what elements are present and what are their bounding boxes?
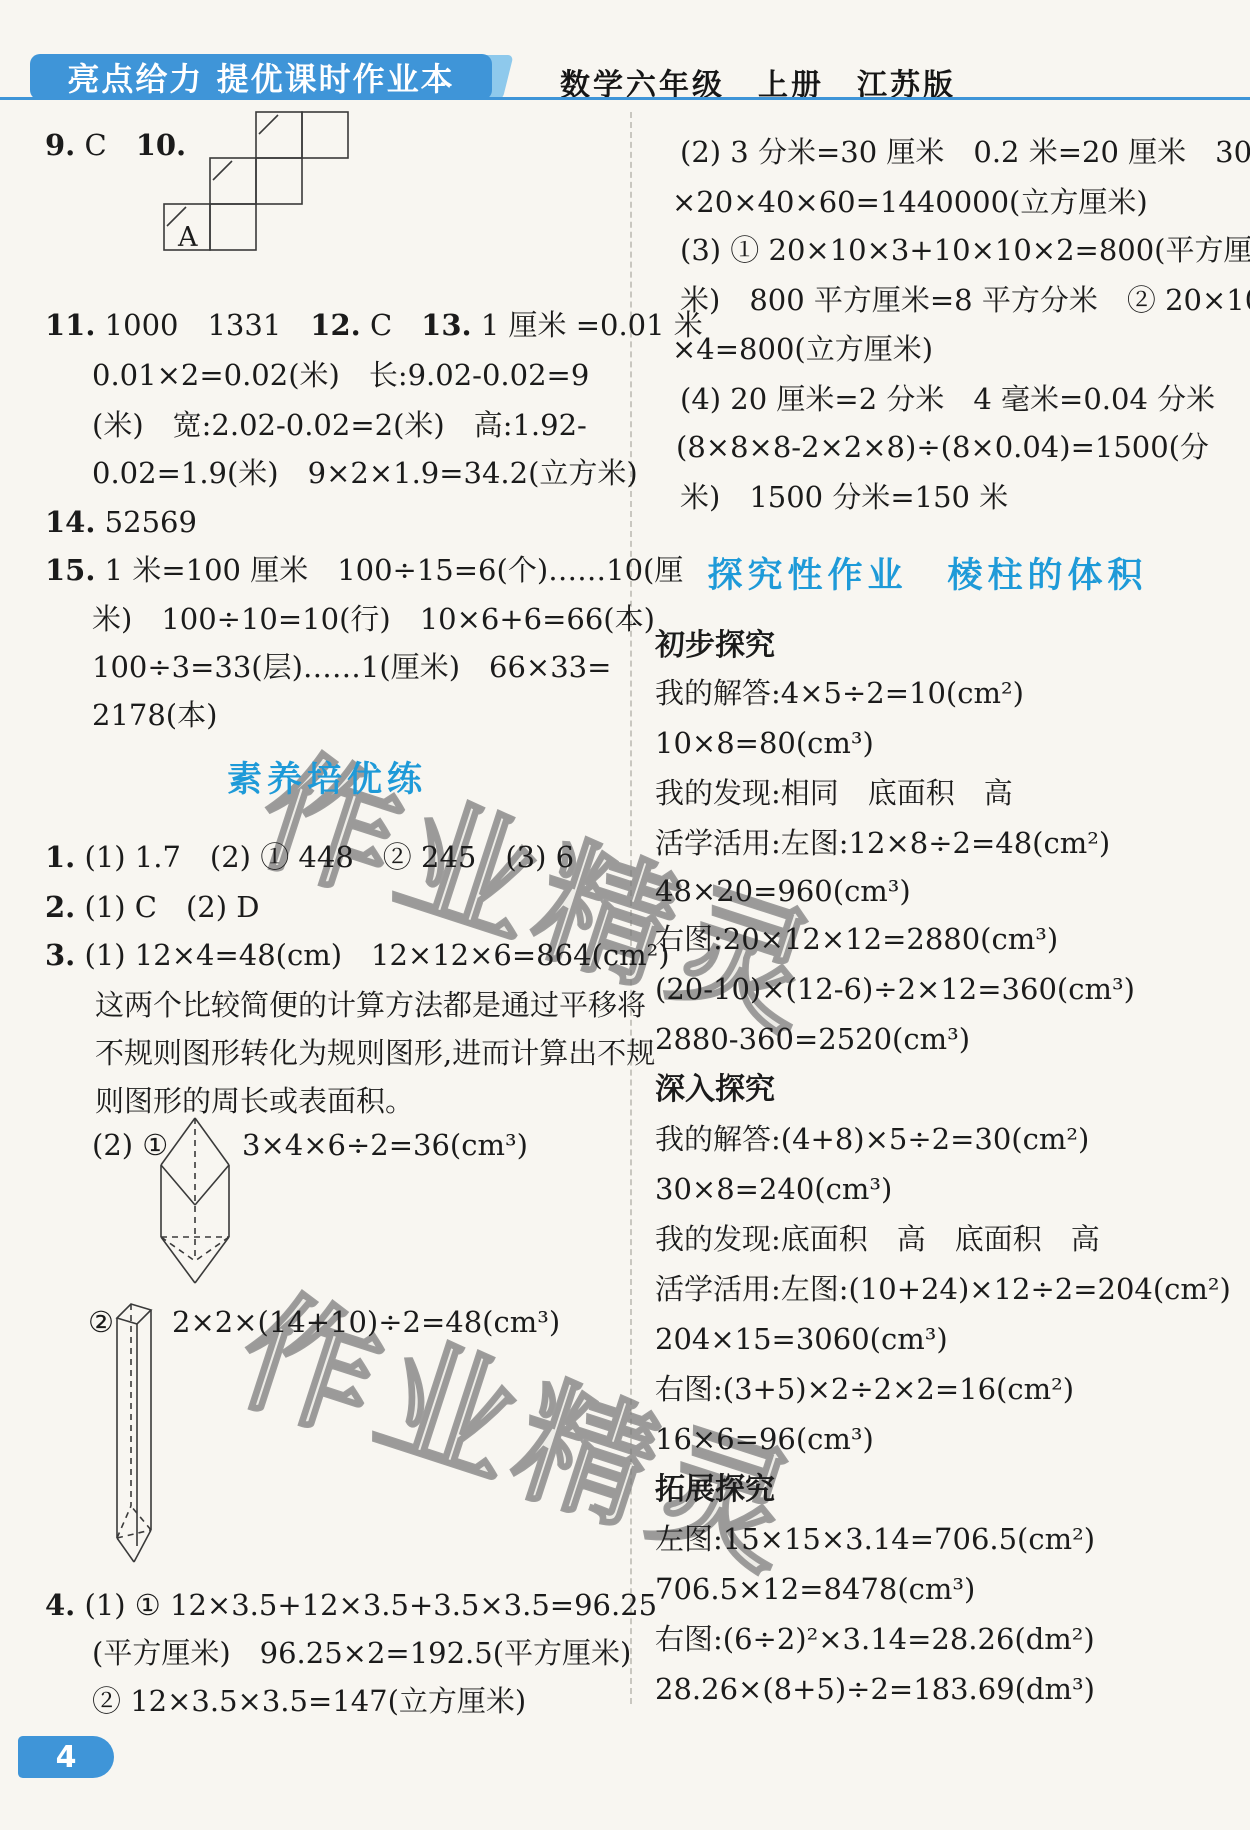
answer-line: ×4=800(立方厘米) [672,332,933,367]
tall-prism-diagram [112,1300,158,1568]
answer-line: 3×4×6÷2=36(cm³) [242,1128,528,1163]
answer-line: 2×2×(14+10)÷2=48(cm³) [172,1305,560,1340]
answer-line: 活学活用:左图:(10+24)×12÷2=204(cm²) [655,1272,1231,1307]
answer-line: (米) 宽:2.02-0.02=2(米) 高:1.92- [92,408,587,443]
answer-line: ② 12×3.5×3.5=147(立方厘米) [92,1684,526,1719]
section-heading-right: 探究性作业 棱柱的体积 [640,548,1215,598]
answer-line: 706.5×12=8478(cm³) [655,1572,975,1607]
answer-line: 这两个比较简便的计算方法都是通过平移将 [95,988,646,1023]
answer-line: 2178(本) [92,698,217,733]
answer-line: 2880-360=2520(cm³) [655,1022,970,1057]
answer-line: 48×20=960(cm³) [655,874,911,909]
answer-line: 0.01×2=0.02(米) 长:9.02-0.02=9 [92,358,589,393]
section-heading-left: 素养培优练 [42,752,612,802]
header-rule [0,97,1250,100]
answer-line: 11. 1000 1331 12. C 13. 1 厘米 =0.01 米 [45,308,703,343]
answer-line: 100÷3=33(层)……1(厘米) 66×33= [92,650,611,685]
answer-line: 2. (1) C (2) D [45,890,260,925]
subsection-heading: 初步探究 [655,628,775,664]
answer-line: 米) 100÷10=10(行) 10×6+6=66(本) [92,602,655,637]
triangular-prism-diagram [152,1115,238,1287]
answer-line: 右图:(3+5)×2÷2×2=16(cm²) [655,1372,1074,1407]
answer-line: 米) 800 平方厘米=8 平方分米 ② 20×10 [680,283,1250,318]
answer-line: 米) 1500 分米=150 米 [680,480,1008,515]
page-number: 4 [56,1740,77,1775]
answer-line: 则图形的周长或表面积。 [95,1084,414,1119]
answer-line: 16×6=96(cm³) [655,1422,874,1457]
answer-line: 4. (1) ① 12×3.5+12×3.5+3.5×3.5=96.25 [45,1588,657,1623]
answer-line: 0.02=1.9(米) 9×2×1.9=34.2(立方米) [92,456,638,491]
answer-line: (20-10)×(12-6)÷2×12=360(cm³) [655,972,1135,1007]
cube-net-diagram: A [162,110,354,262]
answer-line: 活学活用:左图:12×8÷2=48(cm²) [655,826,1110,861]
answer-line: 我的解答:(4+8)×5÷2=30(cm²) [655,1122,1089,1157]
answer-line: 1. (1) 1.7 (2) ① 448 ② 245 (3) 6 [45,840,574,875]
answer-line: 我的发现:相同 底面积 高 [655,776,1013,811]
answer-line: (4) 20 厘米=2 分米 4 毫米=0.04 分米 [680,382,1215,417]
answer-line: 不规则图形转化为规则图形,进而计算出不规 [95,1036,655,1071]
answer-line: 右图:(6÷2)²×3.14=28.26(dm²) [655,1622,1095,1657]
answer-line: 左图:15×15×3.14=706.5(cm²) [655,1522,1095,1557]
page-number-tab: 4 [18,1736,114,1778]
subsection-heading: 深入探究 [655,1072,775,1108]
workbook-answer-page: 亮点给力 提优课时作业本 数学六年级 上册 江苏版 作业精灵 作业精灵 9. C… [0,0,1250,1830]
answer-line: 右图:20×12×12=2880(cm³) [655,922,1058,957]
book-title-banner: 亮点给力 提优课时作业本 [30,54,492,100]
answer-line: 3. (1) 12×4=48(cm) 12×12×6=864(cm²) [45,938,670,973]
answer-line: (3) ① 20×10×3+10×10×2=800(平方厘 [680,233,1250,268]
answer-line: ×20×40×60=1440000(立方厘米) [672,185,1148,220]
answer-line: (平方厘米) 96.25×2=192.5(平方厘米) [92,1636,631,1671]
answer-line: (8×8×8-2×2×8)÷(8×0.04)=1500(分 [676,430,1209,465]
answer-line: ② [88,1305,114,1340]
answer-line: 30×8=240(cm³) [655,1172,892,1207]
subsection-heading: 拓展探究 [655,1472,775,1508]
answer-line: 204×15=3060(cm³) [655,1322,948,1357]
answer-line: 我的解答:4×5÷2=10(cm²) [655,676,1024,711]
answer-line: 28.26×(8+5)÷2=183.69(dm³) [655,1672,1095,1707]
net-square-label: A [177,222,198,253]
answer-line: 14. 52569 [45,505,197,540]
answer-line: 10×8=80(cm³) [655,726,874,761]
answer-line: (2) 3 分米=30 厘米 0.2 米=20 厘米 30 [680,135,1250,170]
book-title: 亮点给力 提优课时作业本 [67,54,454,100]
answer-line: 我的发现:底面积 高 底面积 高 [655,1222,1100,1257]
answer-line: 15. 1 米=100 厘米 100÷15=6(个)……10(厘 [45,553,683,588]
